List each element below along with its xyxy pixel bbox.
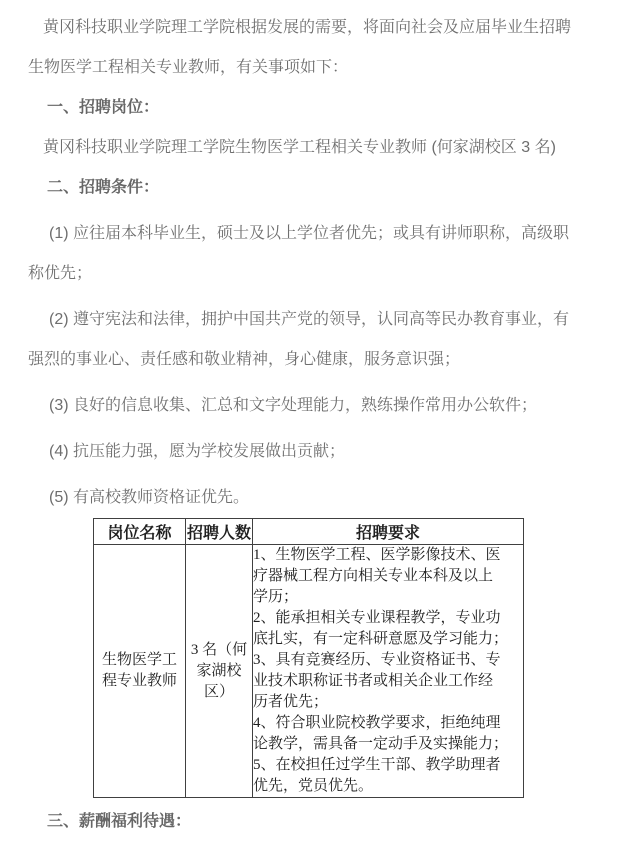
headcount-line: 家湖校 [186, 661, 252, 682]
intro-line: 生物医学工程相关专业教师，有关事项如下： [28, 48, 597, 88]
headcount-line: 3 名（何 [186, 640, 252, 661]
intro-line: 黄冈科技职业学院理工学院根据发展的需要，将面向社会及应届毕业生招聘 [28, 8, 597, 48]
table-header-row: 岗位名称 招聘人数 招聘要求 [94, 519, 524, 545]
condition-line: 强烈的事业心、责任感和敬业精神，身心健康，服务意识强； [28, 340, 597, 380]
condition-line: (3) 良好的信息收集、汇总和文字处理能力，熟练操作常用办公软件； [28, 386, 597, 426]
table-row: 生物医学工 程专业教师 3 名（何 家湖校 区） 1、生物医学工程、医学影像技术… [94, 545, 524, 798]
intro-paragraph: 黄冈科技职业学院理工学院根据发展的需要，将面向社会及应届毕业生招聘 生物医学工程… [28, 8, 597, 88]
requirement-line: 5、在校担任过学生干部、教学助理者 [253, 755, 523, 776]
condition-line: 称优先； [28, 254, 597, 294]
requirement-line: 底扎实，有一定科研意愿及学习能力； [253, 629, 523, 650]
headcount-line: 区） [186, 682, 252, 703]
requirement-line: 疗器械工程方向相关专业本科及以上 [253, 566, 523, 587]
condition-line: (2) 遵守宪法和法律，拥护中国共产党的领导，认同高等民办教育事业，有 [28, 300, 597, 340]
condition-item-2: (2) 遵守宪法和法律，拥护中国共产党的领导，认同高等民办教育事业，有 强烈的事… [28, 300, 597, 380]
header-position-name: 岗位名称 [94, 519, 186, 545]
document-page: 黄冈科技职业学院理工学院根据发展的需要，将面向社会及应届毕业生招聘 生物医学工程… [0, 0, 623, 848]
requirement-line: 业技术职称证书者或相关企业工作经 [253, 671, 523, 692]
header-requirements: 招聘要求 [253, 519, 524, 545]
cell-requirements: 1、生物医学工程、医学影像技术、医 疗器械工程方向相关专业本科及以上 学历； 2… [253, 545, 524, 798]
condition-line: (1) 应往届本科毕业生，硕士及以上学位者优先；或具有讲师职称，高级职 [28, 214, 597, 254]
condition-line: (5) 有高校教师资格证优先。 [28, 478, 597, 518]
recruitment-table-wrapper: 岗位名称 招聘人数 招聘要求 生物医学工 程专业教师 3 名（何 家湖校 区） [93, 518, 597, 798]
position-summary-paragraph: 黄冈科技职业学院理工学院生物医学工程相关专业教师 (何家湖校区 3 名) [28, 128, 597, 168]
section3-heading: 三、薪酬福利待遇： [28, 802, 597, 842]
requirement-line: 论教学，需具备一定动手及实操能力； [253, 734, 523, 755]
header-headcount: 招聘人数 [186, 519, 253, 545]
recruitment-table: 岗位名称 招聘人数 招聘要求 生物医学工 程专业教师 3 名（何 家湖校 区） [93, 518, 524, 798]
condition-item-1: (1) 应往届本科毕业生，硕士及以上学位者优先；或具有讲师职称，高级职 称优先； [28, 214, 597, 294]
requirement-line: 3、具有竞赛经历、专业资格证书、专 [253, 650, 523, 671]
requirement-line: 4、符合职业院校教学要求，拒绝纯理 [253, 713, 523, 734]
condition-line: (4) 抗压能力强，愿为学校发展做出贡献； [28, 432, 597, 472]
section2-heading: 二、招聘条件： [28, 168, 597, 208]
condition-item-5: (5) 有高校教师资格证优先。 [28, 478, 597, 518]
requirement-line: 历者优先； [253, 692, 523, 713]
requirement-line: 优先，党员优先。 [253, 776, 523, 797]
requirement-line: 1、生物医学工程、医学影像技术、医 [253, 545, 523, 566]
requirement-line: 学历； [253, 587, 523, 608]
position-name-line: 生物医学工 [94, 650, 185, 671]
condition-item-3: (3) 良好的信息收集、汇总和文字处理能力，熟练操作常用办公软件； [28, 386, 597, 426]
requirement-line: 2、能承担相关专业课程教学，专业功 [253, 608, 523, 629]
section1-heading: 一、招聘岗位： [28, 88, 597, 128]
position-name-line: 程专业教师 [94, 671, 185, 692]
condition-item-4: (4) 抗压能力强，愿为学校发展做出贡献； [28, 432, 597, 472]
cell-position-name: 生物医学工 程专业教师 [94, 545, 186, 798]
cell-headcount: 3 名（何 家湖校 区） [186, 545, 253, 798]
